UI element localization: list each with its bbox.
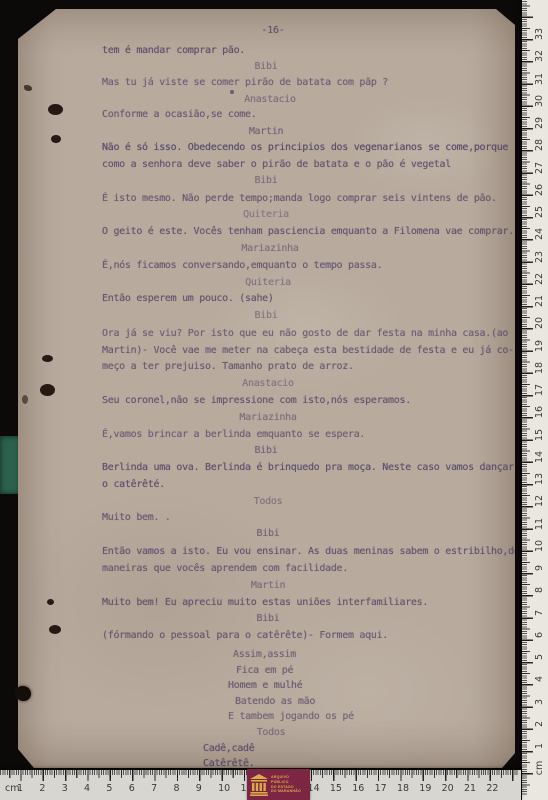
ruler-number: 15 bbox=[533, 427, 545, 443]
ruler-number: 20 bbox=[533, 315, 545, 331]
ruler-number: 8 bbox=[533, 582, 545, 598]
watermark-line: DO MARANHÃO bbox=[271, 789, 301, 794]
ruler-number: 3 bbox=[62, 783, 68, 794]
ruler-number: 27 bbox=[533, 160, 545, 176]
script-line: Anastacio bbox=[242, 378, 294, 389]
scanned-page: -16-tem é mandar comprar pão.BibiMas tu … bbox=[18, 9, 515, 768]
ruler-number: 17 bbox=[375, 783, 387, 794]
ruler-number: 8 bbox=[173, 783, 179, 794]
ink-spot bbox=[24, 85, 32, 91]
ruler-number: 24 bbox=[533, 226, 545, 242]
script-line: o catêrêté. bbox=[102, 479, 165, 490]
ruler-number: 5 bbox=[533, 649, 545, 665]
ink-spot bbox=[42, 355, 53, 362]
script-line: Cadê,cadê bbox=[203, 743, 255, 754]
ruler-number: 26 bbox=[533, 182, 545, 198]
ink-spot bbox=[47, 599, 54, 605]
classical-building-icon bbox=[250, 774, 268, 796]
ruler-number: 19 bbox=[419, 783, 431, 794]
script-line: meço a ter prejuiso. Tamanho prato de ar… bbox=[102, 361, 354, 372]
ruler-number: 7 bbox=[151, 783, 157, 794]
script-line: Martin bbox=[251, 580, 285, 591]
script-line: Quiteria bbox=[245, 277, 291, 288]
ruler-number: 25 bbox=[533, 204, 545, 220]
script-line: Martin)- Você vae me meter na cabeça est… bbox=[102, 345, 514, 356]
script-line: Todos bbox=[254, 496, 283, 507]
ink-spot bbox=[22, 395, 28, 404]
ruler-number: 33 bbox=[533, 26, 545, 42]
ruler-number: 11 bbox=[533, 516, 545, 532]
ruler-number: 28 bbox=[533, 137, 545, 153]
script-line: Assim,assim bbox=[233, 649, 296, 660]
ruler-number: 16 bbox=[533, 404, 545, 420]
script-line: Bibi bbox=[255, 445, 278, 456]
ruler-number: 9 bbox=[533, 560, 545, 576]
script-line: Bibi bbox=[257, 528, 280, 539]
script-line: Conforme a ocasião,se come. bbox=[102, 109, 256, 120]
script-line: É isto mesmo. Não perde tempo;manda logo… bbox=[102, 193, 497, 204]
ruler-number: 31 bbox=[533, 71, 545, 87]
ruler-number: 16 bbox=[352, 783, 364, 794]
ruler-number: 19 bbox=[533, 338, 545, 354]
ink-spot bbox=[40, 384, 55, 396]
script-line: É,nós ficamos conversando,emquanto o tem… bbox=[102, 260, 382, 271]
script-line: Bibi bbox=[255, 310, 278, 321]
green-board-edge bbox=[0, 436, 20, 494]
script-line: -16- bbox=[262, 25, 285, 36]
ruler-number: 14 bbox=[533, 449, 545, 465]
ruler-number: 10 bbox=[533, 538, 545, 554]
ruler-number: 21 bbox=[533, 293, 545, 309]
script-line: Todos bbox=[257, 727, 286, 738]
ruler-number: 10 bbox=[218, 783, 230, 794]
ruler-number: 4 bbox=[533, 671, 545, 687]
script-line: (fórmando o pessoal para o catêrête)- Fo… bbox=[102, 630, 388, 641]
ruler-number: 17 bbox=[533, 382, 545, 398]
ruler-number: 30 bbox=[533, 93, 545, 109]
script-line: Mariazinha bbox=[239, 412, 296, 423]
script-line: Batendo as mão bbox=[235, 696, 315, 707]
archive-watermark: ARQUIVOPÚBLICODO ESTADODO MARANHÃO bbox=[247, 769, 310, 800]
ruler-number: 21 bbox=[464, 783, 476, 794]
ruler-number: 4 bbox=[84, 783, 90, 794]
script-line: Berlinda uma ova. Berlinda é brinquedo p… bbox=[102, 462, 514, 473]
script-line: É,vamos brincar a berlinda emquanto se e… bbox=[102, 429, 365, 440]
script-line: maneiras que vocês aprendem com facilida… bbox=[102, 563, 348, 574]
script-line: Seu coronel,não se impressione com isto,… bbox=[102, 395, 411, 406]
typed-dot bbox=[230, 90, 234, 94]
script-line: Ora já se viu? Por isto que eu não gosto… bbox=[102, 328, 508, 339]
ink-spot bbox=[48, 104, 63, 115]
script-line: Mas tu já viste se comer pirão de batata… bbox=[102, 77, 388, 88]
ruler-number: 13 bbox=[533, 471, 545, 487]
vertical-ruler: 3332313029282726252423222120191817161514… bbox=[522, 0, 548, 800]
script-line: Bibi bbox=[255, 175, 278, 186]
script-line: Catêrêtê. bbox=[203, 758, 255, 769]
ink-spot bbox=[49, 625, 61, 634]
script-line: Bibi bbox=[257, 613, 280, 624]
script-line: Muito bem. . bbox=[102, 512, 171, 523]
punch-hole bbox=[16, 686, 31, 701]
script-line: Fica em pé bbox=[236, 665, 293, 676]
ink-spot bbox=[51, 135, 61, 143]
ruler-number: 12 bbox=[533, 493, 545, 509]
ruler-number: 23 bbox=[533, 249, 545, 265]
ruler-number: 22 bbox=[533, 271, 545, 287]
ruler-number: cm bbox=[533, 760, 545, 776]
archive-watermark-text: ARQUIVOPÚBLICODO ESTADODO MARANHÃO bbox=[271, 775, 301, 793]
ruler-number: 22 bbox=[486, 783, 498, 794]
ruler-number: 1 bbox=[17, 783, 23, 794]
ruler-number: 5 bbox=[106, 783, 112, 794]
script-line: Então esperem um pouco. (sahe) bbox=[102, 293, 274, 304]
ruler-number: 2 bbox=[533, 716, 545, 732]
ruler-number: 18 bbox=[397, 783, 409, 794]
script-line: tem é mandar comprar pão. bbox=[102, 45, 245, 56]
ruler-number: 20 bbox=[442, 783, 454, 794]
script-line: O geito é este. Vocês tenham pasciencia … bbox=[102, 226, 514, 237]
ruler-number: 3 bbox=[533, 694, 545, 710]
ruler-number: 6 bbox=[129, 783, 135, 794]
ruler-number: 9 bbox=[196, 783, 202, 794]
script-line: Quiteria bbox=[243, 209, 289, 220]
ruler-number: 29 bbox=[533, 115, 545, 131]
ruler-number: 1 bbox=[533, 738, 545, 754]
script-line: Não é só isso. Obedecendo os principios … bbox=[102, 142, 508, 153]
script-line: Então vamos a isto. Eu vou ensinar. As d… bbox=[102, 546, 520, 557]
script-line: Martin bbox=[249, 126, 283, 137]
script-line: E tambem jogando os pé bbox=[228, 711, 354, 722]
script-line: Anastacio bbox=[244, 94, 296, 105]
script-line: Mariazinha bbox=[241, 243, 298, 254]
script-line: como a senhora deve saber o pirão de bat… bbox=[102, 159, 451, 170]
ruler-number: 6 bbox=[533, 627, 545, 643]
ruler-number: 32 bbox=[533, 48, 545, 64]
script-line: Homem e mulhé bbox=[228, 680, 302, 691]
script-line: Muito bem! Eu apreciu muito estas uniões… bbox=[102, 597, 428, 608]
script-line: Bibi bbox=[255, 61, 278, 72]
ruler-number: 18 bbox=[533, 360, 545, 376]
ruler-number: 2 bbox=[39, 783, 45, 794]
ruler-number: 15 bbox=[330, 783, 342, 794]
ruler-number: 7 bbox=[533, 605, 545, 621]
